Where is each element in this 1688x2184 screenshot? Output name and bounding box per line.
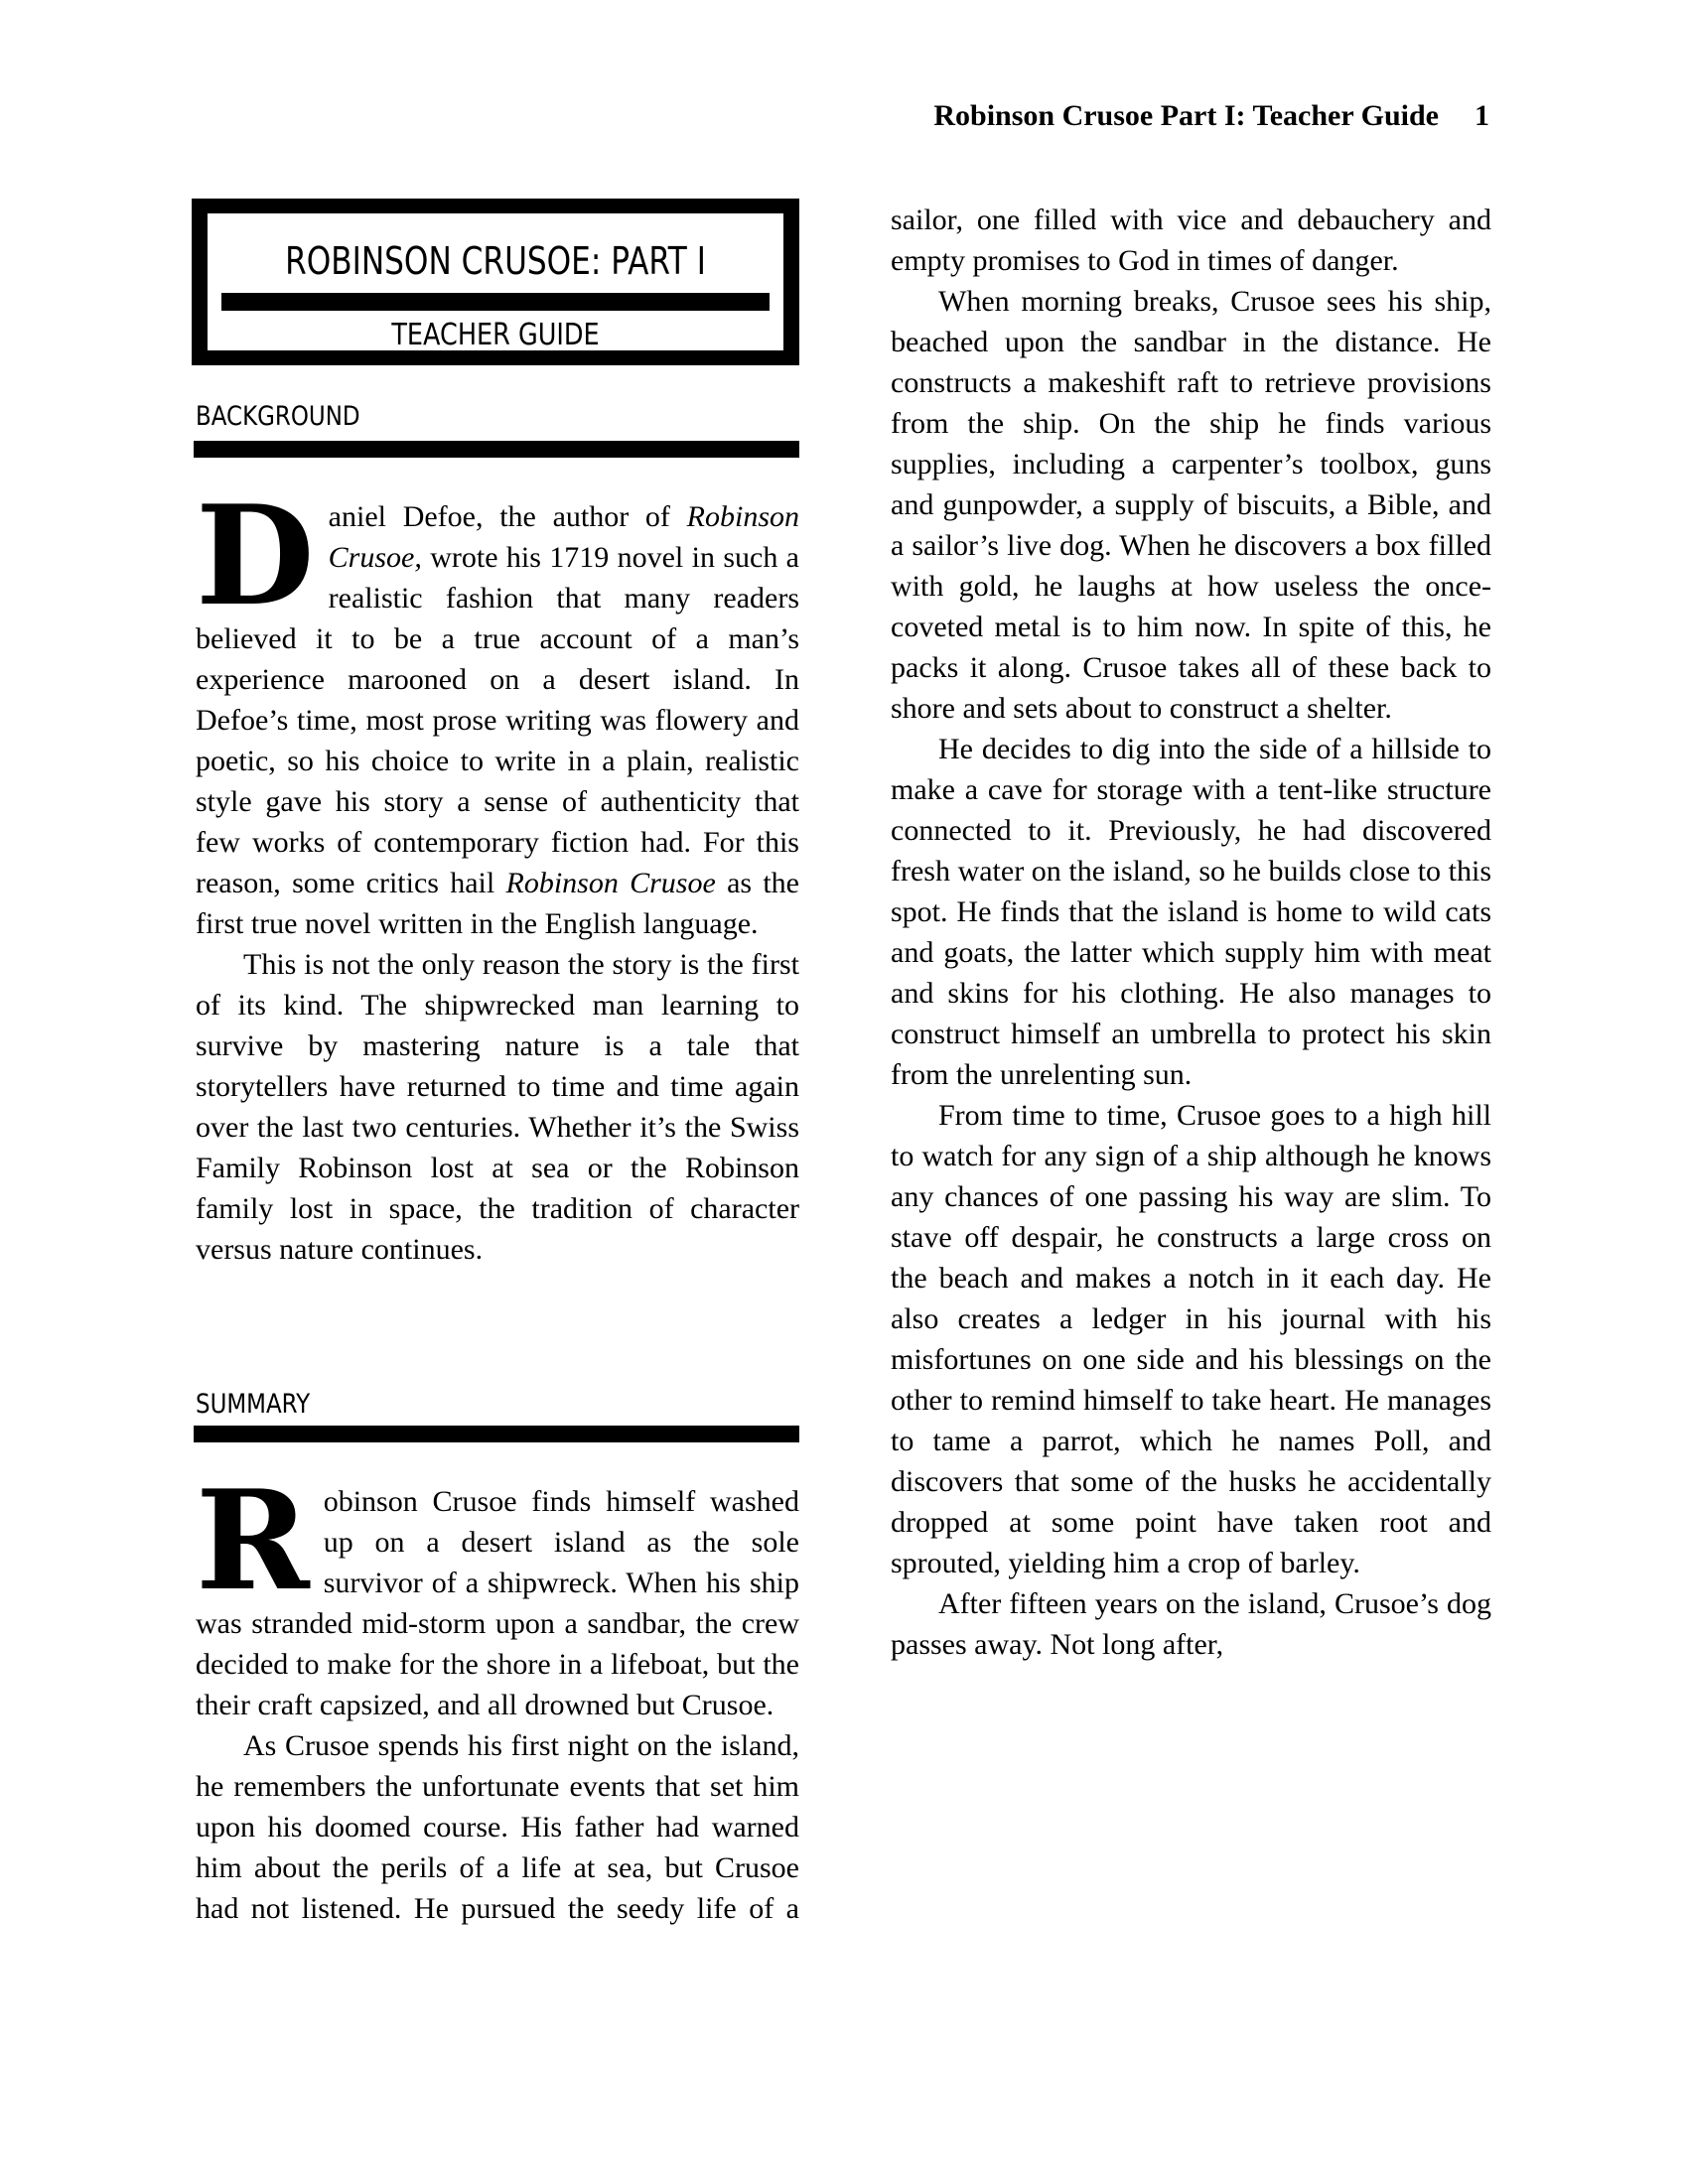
summary-paragraph-2-continued: As Crusoe spends his first night on the … bbox=[891, 0, 1491, 281]
book-title-italic: Robinson Crusoe bbox=[506, 867, 716, 899]
document-title: ROBINSON CRUSOE: PART I bbox=[259, 241, 732, 281]
background-body: Daniel Defoe, the author of Robinson Cru… bbox=[196, 496, 799, 1270]
section-rule-summary bbox=[194, 1426, 799, 1442]
summary-paragraph-2: As Crusoe spends his first night on the … bbox=[196, 1725, 799, 1929]
summary-paragraph-3: When morning breaks, Crusoe sees his shi… bbox=[891, 281, 1491, 729]
title-divider bbox=[221, 293, 770, 311]
background-paragraph-1: Daniel Defoe, the author of Robinson Cru… bbox=[196, 496, 799, 944]
summary-paragraph-6: After fifteen years on the island, Cruso… bbox=[891, 1583, 1491, 1665]
title-box: ROBINSON CRUSOE: PART I TEACHER GUIDE bbox=[192, 199, 799, 365]
background-paragraph-2: This is not the only reason the story is… bbox=[196, 944, 799, 1270]
section-heading-summary: SUMMARY bbox=[196, 1390, 310, 1420]
document-subtitle: TEACHER GUIDE bbox=[251, 319, 741, 352]
summary-body-left: Robinson Crusoe finds himself washed up … bbox=[196, 1481, 799, 1929]
running-head-title: Robinson Crusoe Part I: Teacher Guide bbox=[933, 99, 1439, 133]
summary-body-right: As Crusoe spends his first night on the … bbox=[891, 200, 1491, 1665]
dropcap-r: R bbox=[196, 1489, 310, 1600]
summary-paragraph-1: Robinson Crusoe finds himself washed up … bbox=[196, 1481, 799, 1725]
summary-paragraph-4: He decides to dig into the side of a hil… bbox=[891, 729, 1491, 1095]
running-head: Robinson Crusoe Part I: Teacher Guide 1 bbox=[874, 99, 1489, 133]
page-number: 1 bbox=[1475, 99, 1489, 133]
title-box-inner: ROBINSON CRUSOE: PART I TEACHER GUIDE bbox=[208, 213, 783, 350]
section-rule-background bbox=[194, 441, 799, 458]
dropcap-d: D bbox=[196, 504, 315, 615]
section-heading-background: BACKGROUND bbox=[196, 402, 360, 432]
summary-paragraph-5: From time to time, Crusoe goes to a high… bbox=[891, 1095, 1491, 1583]
